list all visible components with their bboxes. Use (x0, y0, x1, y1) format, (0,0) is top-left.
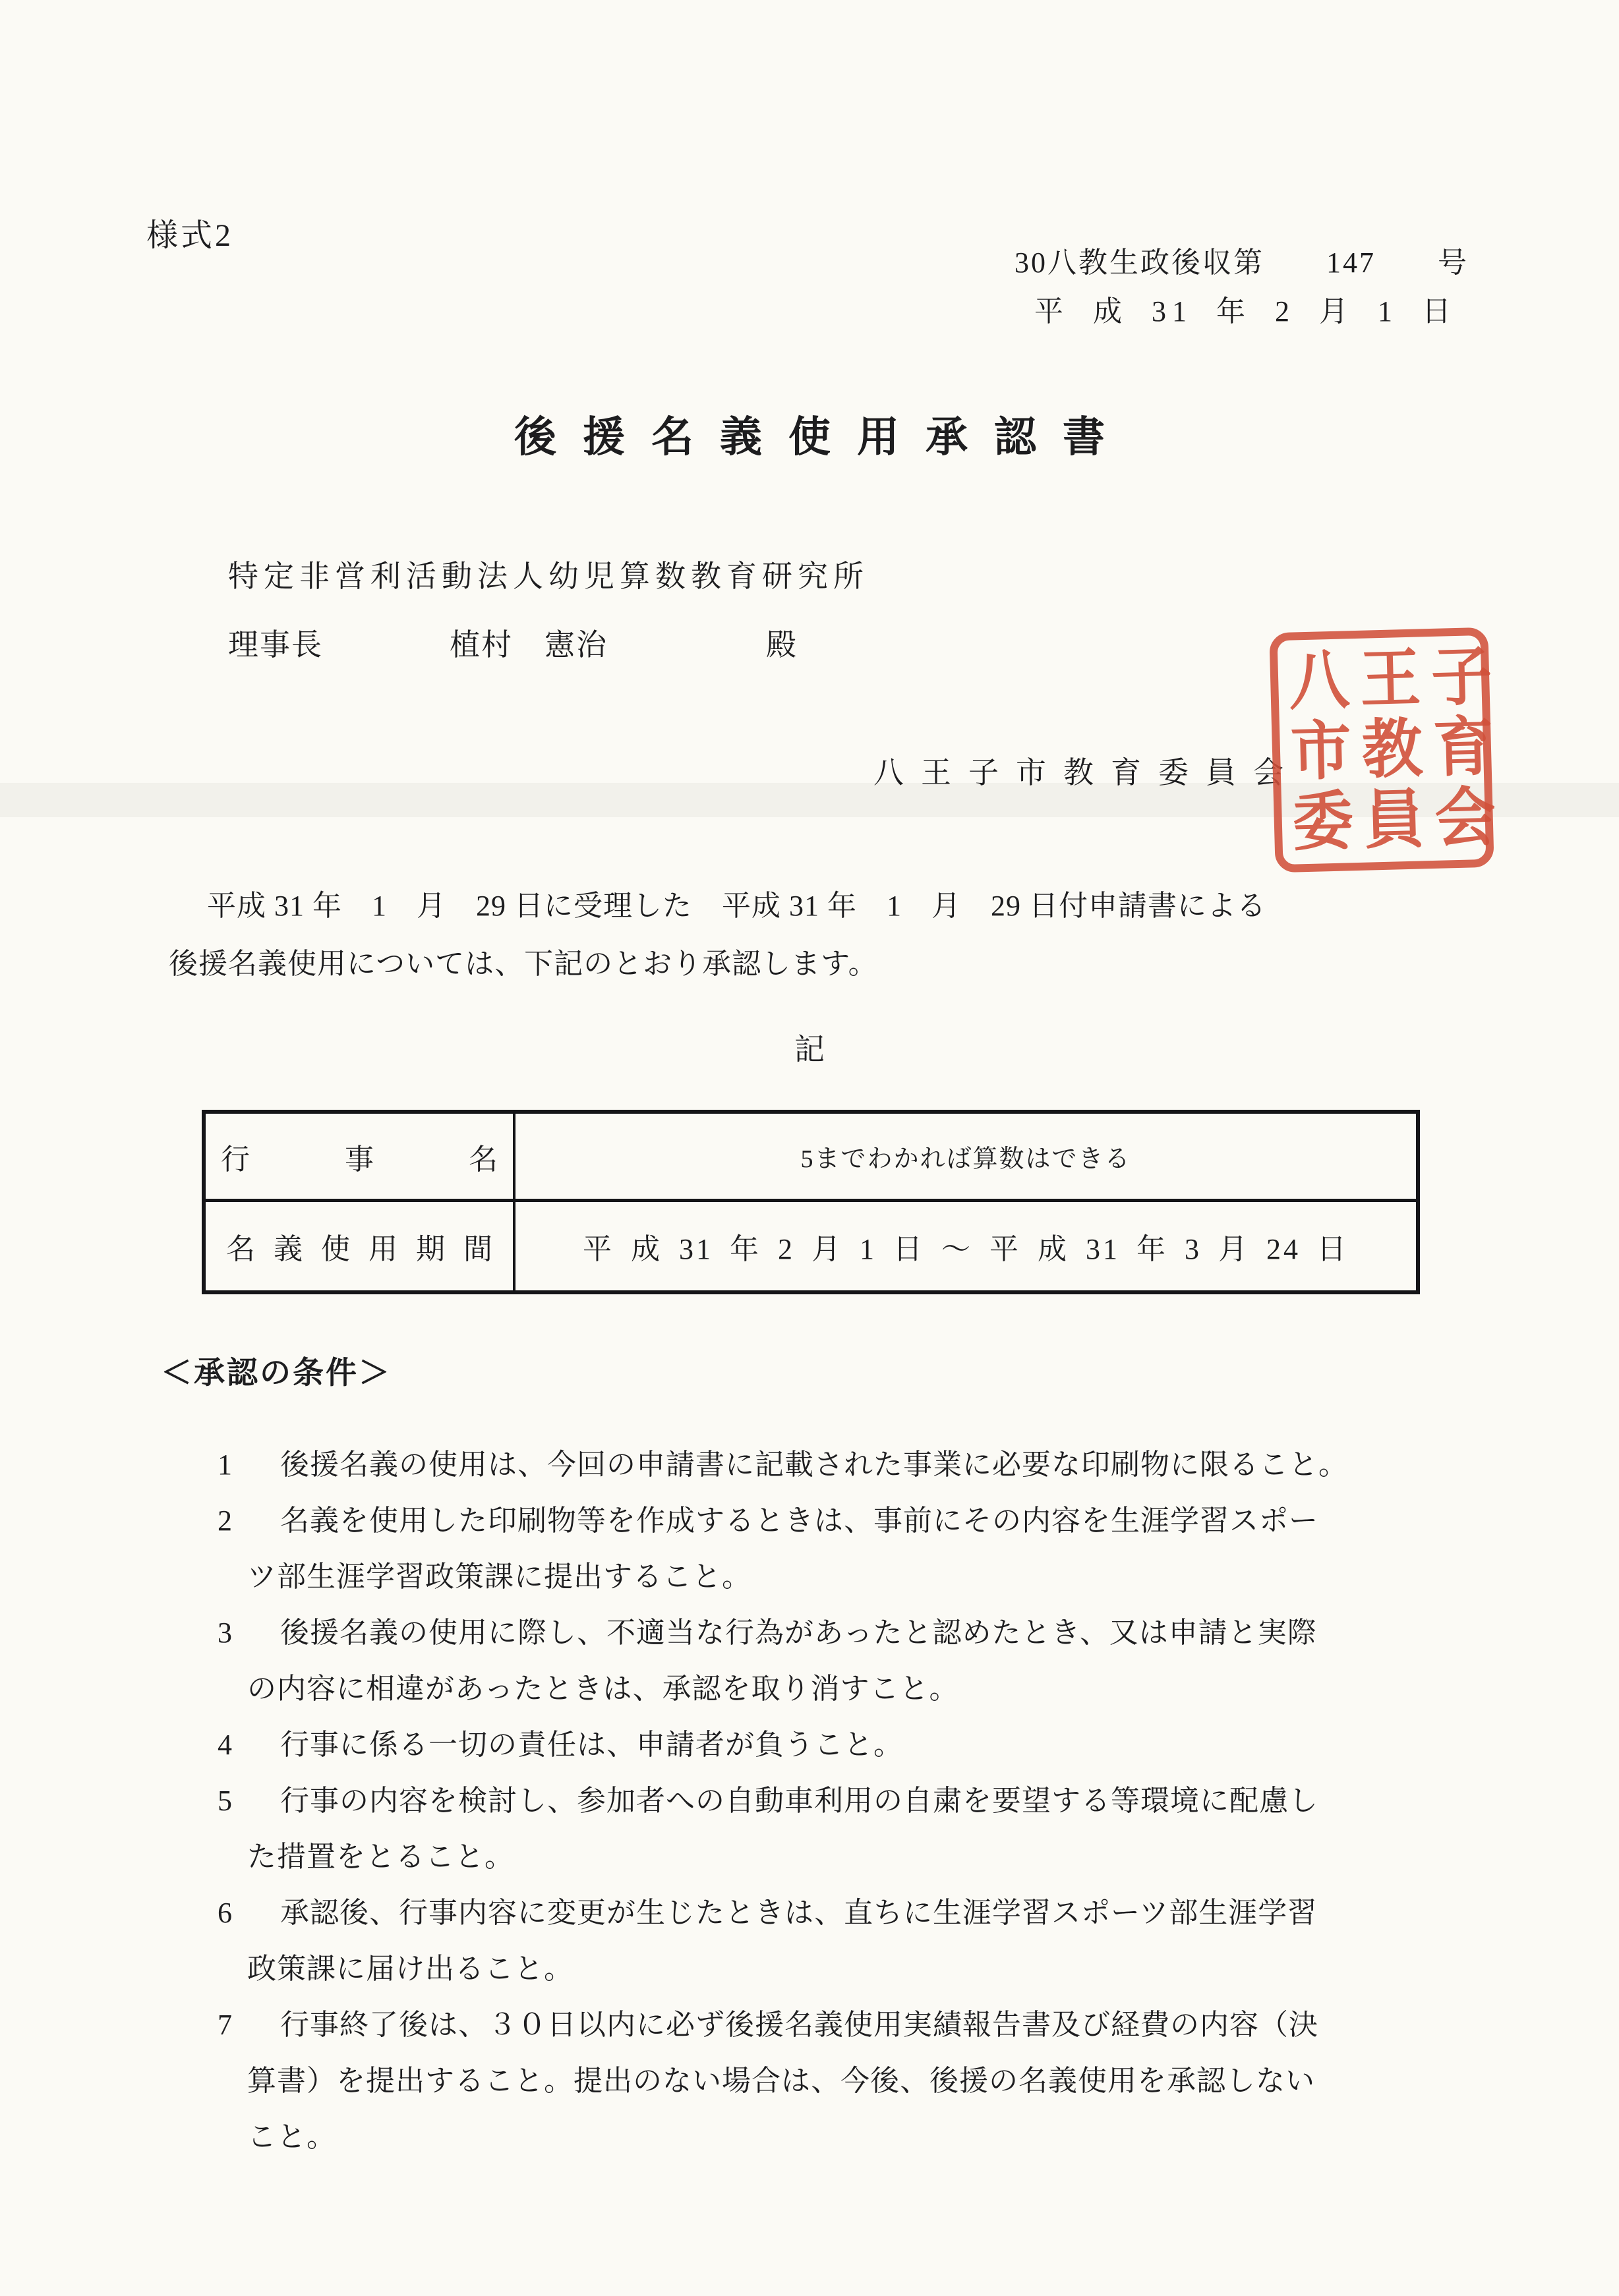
condition-item-5: 5行事の内容を検討し、参加者への自動車利用の自粛を要望する等環境に配慮し た措置… (218, 1773, 1348, 1885)
usage-period-label: 名義使用期間 (206, 1202, 515, 1290)
official-seal-stamp-icon: 八王子 市教育 委員会 (1269, 627, 1494, 873)
conditions-heading: ＜承認の条件＞ (161, 1348, 392, 1392)
body-paragraph-line-2: 後援名義使用については、下記のとおり承認します。 (169, 940, 878, 982)
condition-item-7: 7行事終了後は、３０日以内に必ず後援名義使用実績報告書及び経費の内容（決 算書）… (218, 1997, 1348, 2165)
condition-number: 4 (218, 1717, 280, 1773)
condition-text: 行事に係る一切の責任は、申請者が負うこと。 (280, 1729, 903, 1761)
page-title: 後援名義使用承認書 (0, 403, 1619, 464)
document-number: 30八教生政後収第 147 号 (1015, 239, 1469, 281)
condition-item-4: 4行事に係る一切の責任は、申請者が負うこと。 (218, 1717, 1348, 1773)
body-paragraph-line-1: 平成 31 年 1 月 29 日に受理した 平成 31 年 1 月 29 日付申… (207, 882, 1266, 924)
conditions-list: 1後援名義の使用は、今回の申請書に記載された事業に必要な印刷物に限ること。 2名… (218, 1437, 1348, 2165)
condition-text: 算書）を提出すること。提出のない場合は、今後、後援の名義使用を承認しない (218, 2053, 1348, 2109)
recipient-name-line: 理事長 植村 憲治 殿 (228, 621, 798, 664)
condition-item-1: 1後援名義の使用は、今回の申請書に記載された事業に必要な印刷物に限ること。 (218, 1437, 1348, 1493)
condition-text: 行事終了後は、３０日以内に必ず後援名義使用実績報告書及び経費の内容（決 (280, 2009, 1318, 2041)
condition-text: こと。 (218, 2109, 1348, 2165)
condition-item-2: 2名義を使用した印刷物等を作成するときは、事前にその内容を生涯学習スポー ツ部生… (218, 1493, 1348, 1605)
condition-text: 政策課に届け出ること。 (218, 1941, 1348, 1997)
condition-item-3: 3後援名義の使用に際し、不適当な行為があったと認めたとき、又は申請と実際 の内容… (218, 1605, 1348, 1717)
condition-text: 後援名義の使用は、今回の申請書に記載された事業に必要な印刷物に限ること。 (280, 1449, 1348, 1481)
form-style-label: 様式2 (146, 210, 233, 255)
usage-period-value: 平 成 31 年 2 月 1 日 ～ 平 成 31 年 3 月 24 日 (515, 1202, 1416, 1290)
condition-text: の内容に相違があったときは、承認を取り消すこと。 (218, 1661, 1348, 1717)
condition-number: 5 (218, 1773, 280, 1829)
condition-item-6: 6承認後、行事内容に変更が生じたときは、直ちに生涯学習スポーツ部生涯学習 政策課… (218, 1885, 1348, 1997)
seal-text-row: 市教育 (1280, 715, 1484, 785)
condition-text: た措置をとること。 (218, 1829, 1348, 1885)
condition-text: 行事の内容を検討し、参加者への自動車利用の自粛を要望する等環境に配慮し (280, 1785, 1318, 1817)
condition-number: 7 (218, 1997, 280, 2053)
event-name-label: 行 事 名 (206, 1114, 515, 1202)
condition-number: 2 (218, 1493, 280, 1549)
condition-number: 6 (218, 1885, 280, 1941)
note-marker: 記 (0, 1025, 1619, 1069)
condition-text: 後援名義の使用に際し、不適当な行為があったと認めたとき、又は申請と実際 (280, 1617, 1317, 1649)
seal-text-row: 委員会 (1281, 786, 1486, 855)
condition-text: ツ部生涯学習政策課に提出すること。 (218, 1549, 1348, 1605)
approval-table: 行 事 名 5までわかれば算数はできる 名義使用期間 平 成 31 年 2 月 … (202, 1110, 1420, 1294)
issue-date: 平 成 31 年 2 月 1 日 (1034, 287, 1457, 330)
scanned-document-page: 様式2 30八教生政後収第 147 号 平 成 31 年 2 月 1 日 後援名… (0, 0, 1619, 2296)
seal-text-row: 八王子 (1278, 645, 1482, 715)
recipient-organization: 特定非営利活動法人幼児算数教育研究所 (228, 552, 869, 596)
condition-text: 名義を使用した印刷物等を作成するときは、事前にその内容を生涯学習スポー (280, 1505, 1318, 1537)
event-name-value: 5までわかれば算数はできる (515, 1114, 1416, 1202)
condition-number: 3 (218, 1605, 280, 1661)
condition-text: 承認後、行事内容に変更が生じたときは、直ちに生涯学習スポーツ部生涯学習 (280, 1897, 1317, 1929)
condition-number: 1 (218, 1437, 280, 1493)
issuer-name: 八王子市教育委員会 (873, 749, 1301, 792)
